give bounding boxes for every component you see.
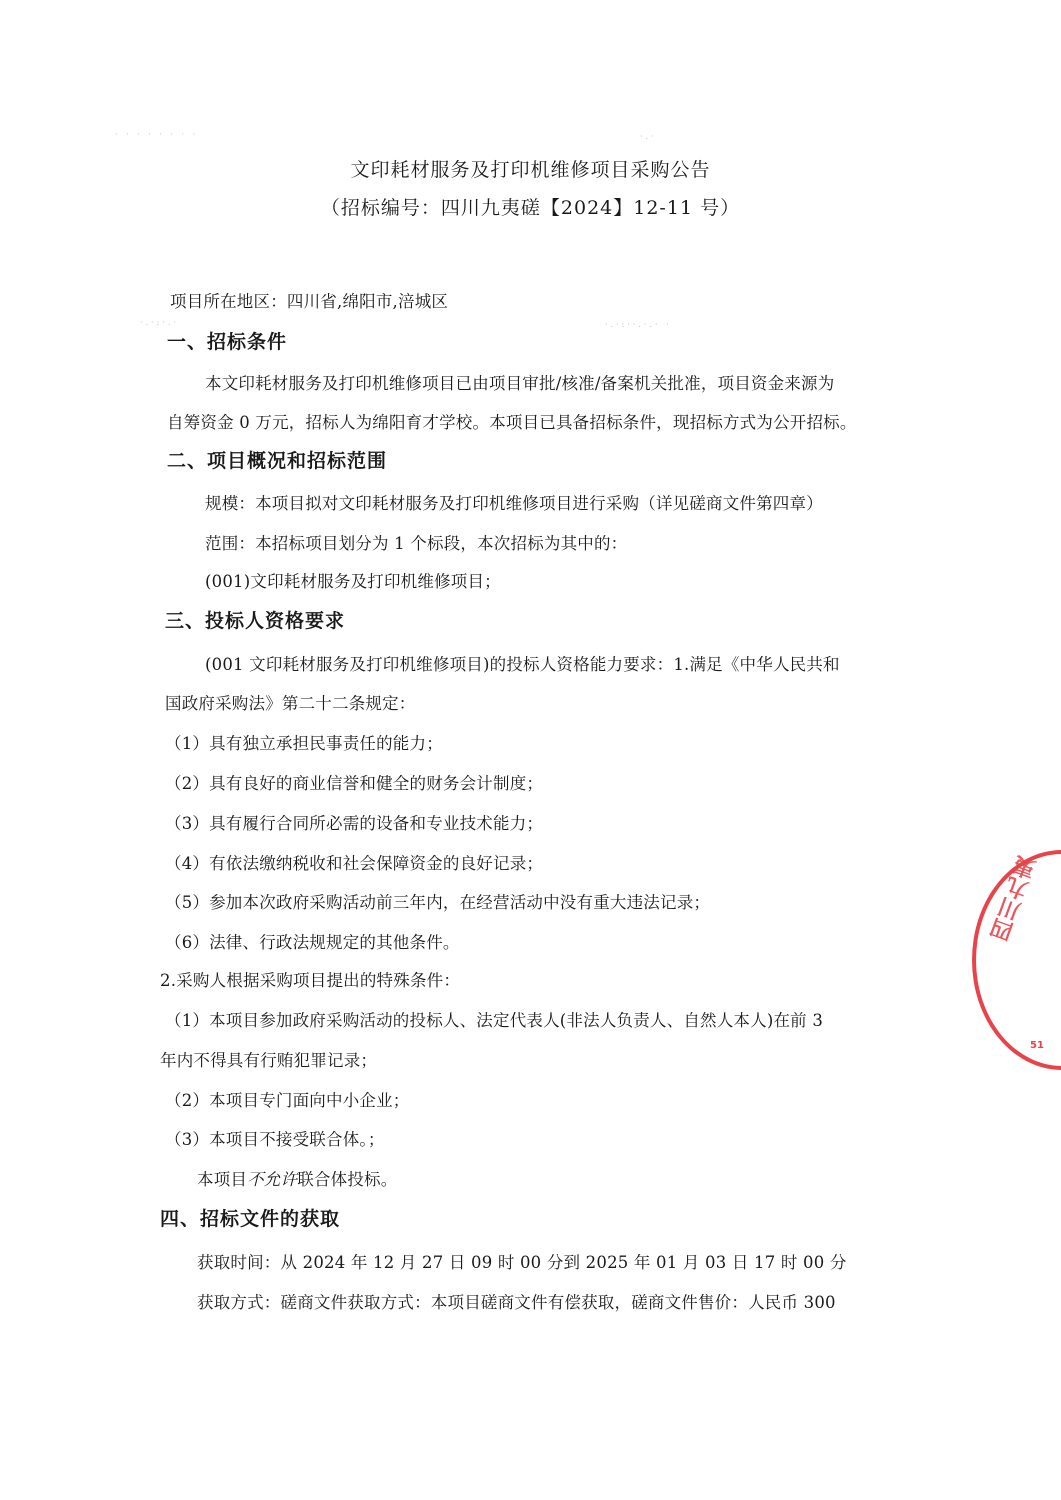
consortium-note-suffix: 联合体投标。	[297, 1170, 397, 1189]
requirement-item: （1）本项目参加政府采购活动的投标人、法定代表人(非法人负责人、自然人本人)在前…	[165, 1007, 823, 1031]
paragraph-line: 2.采购人根据采购项目提出的特殊条件：	[160, 967, 460, 991]
consortium-note-prefix: 本项目	[197, 1170, 247, 1189]
section-heading-project-overview: 二、项目概况和招标范围	[167, 446, 387, 473]
official-seal-number: 51	[1030, 1040, 1044, 1051]
document-title: 文印耗材服务及打印机维修项目采购公告	[0, 155, 1061, 182]
scan-noise: ·.·	[640, 132, 657, 141]
section-heading-document-acquisition: 四、招标文件的获取	[160, 1204, 340, 1231]
project-location: 项目所在地区：四川省,绵阳市,涪城区	[170, 288, 448, 312]
acquisition-time: 获取时间：从 2024 年 12 月 27 日 09 时 00 分到 2025 …	[197, 1249, 847, 1273]
paragraph-line: (001 文印耗材服务及打印机维修项目)的投标人资格能力要求：1.满足《中华人民…	[205, 651, 840, 675]
consortium-note: 本项目不允许联合体投标。	[197, 1166, 397, 1190]
requirement-item: （3）具有履行合同所必需的设备和专业技术能力；	[165, 810, 543, 834]
consortium-note-emphasis: 不允许	[247, 1170, 297, 1189]
paragraph-line: 年内不得具有行贿犯罪记录；	[160, 1047, 377, 1071]
paragraph-line: (001)文印耗材服务及打印机维修项目；	[205, 568, 501, 592]
scan-noise: ·.·:··.·.· ·	[605, 320, 672, 329]
section-heading-bidder-qualifications: 三、投标人资格要求	[165, 606, 345, 633]
paragraph-line: 本文印耗材服务及打印机维修项目已由项目审批/核准/备案机关批准，项目资金来源为	[205, 370, 834, 394]
requirement-item: （1）具有独立承担民事责任的能力；	[165, 730, 443, 754]
requirement-item: （2）本项目专门面向中小企业；	[165, 1087, 410, 1111]
paragraph-line: 范围：本招标项目划分为 1 个标段，本次招标为其中的：	[205, 530, 627, 554]
requirement-item: （5）参加本次政府采购活动前三年内，在经营活动中没有重大违法记录；	[165, 889, 710, 913]
tender-number: （招标编号：四川九夷磋【2024】12-11 号）	[0, 193, 1061, 220]
requirement-item: （2）具有良好的商业信誉和健全的财务会计制度；	[165, 770, 543, 794]
document-page: · · · · · · · · ·.· ·.·:·.· ·.·:··.·.· ·…	[0, 0, 1061, 1500]
requirement-item: （6）法律、行政法规规定的其他条件。	[165, 929, 460, 953]
scan-noise: · · · · · · · ·	[115, 130, 198, 139]
paragraph-line: 国政府采购法》第二十二条规定：	[165, 690, 416, 714]
section-heading-bidding-conditions: 一、招标条件	[167, 327, 287, 354]
paragraph-line: 规模：本项目拟对文印耗材服务及打印机维修项目进行采购（详见磋商文件第四章）	[205, 490, 823, 514]
scan-noise: ·.·:·.·	[140, 318, 179, 327]
acquisition-method: 获取方式：磋商文件获取方式：本项目磋商文件有偿获取，磋商文件售价：人民币 300	[197, 1289, 836, 1313]
requirement-item: （4）有依法缴纳税收和社会保障资金的良好记录；	[165, 850, 543, 874]
requirement-item: （3）本项目不接受联合体。；	[165, 1126, 385, 1150]
paragraph-line: 自筹资金 0 万元，招标人为绵阳育才学校。本项目已具备招标条件，现招标方式为公开…	[167, 409, 857, 433]
